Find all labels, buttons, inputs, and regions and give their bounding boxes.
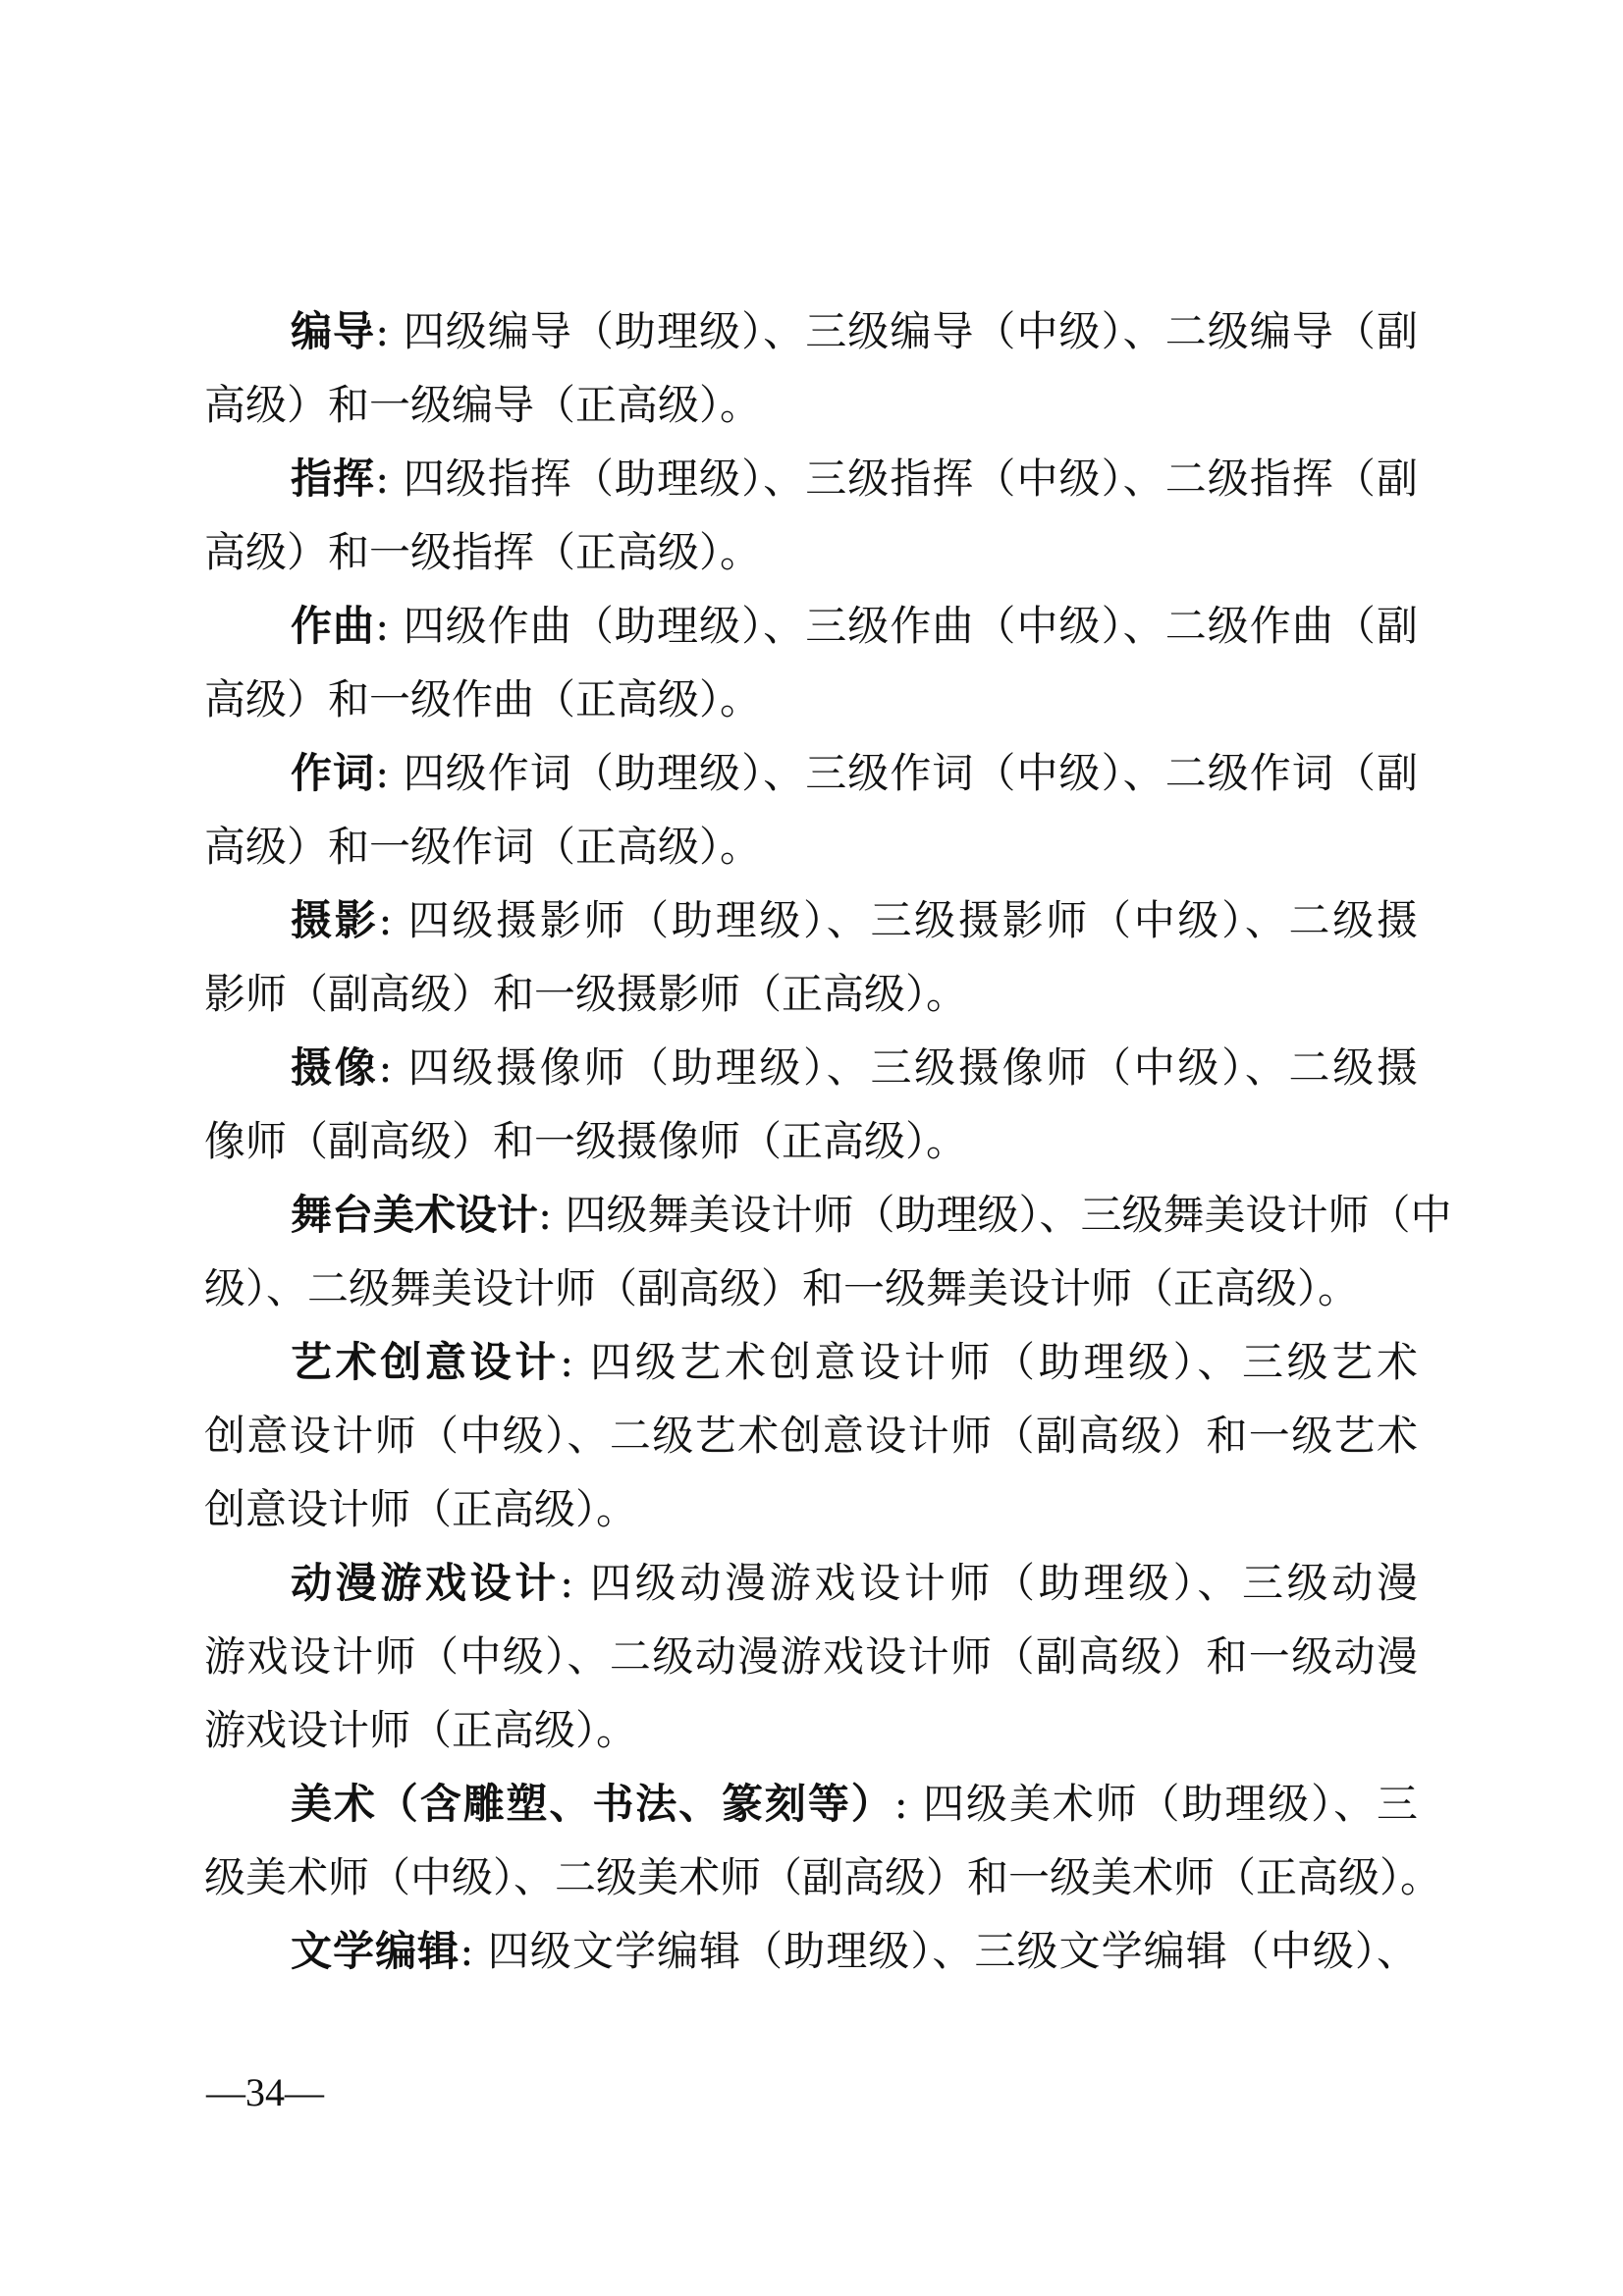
paragraph-text: : 四级摄影师（助理级）、三级摄影师（中级）、二级摄: [378, 896, 1418, 944]
paragraph-text: 高级）和一级指挥（正高级）。: [204, 515, 1418, 589]
paragraph-text: : 四级作词（助理级）、三级作词（中级）、二级作词（副: [375, 749, 1418, 797]
term-label: 编导: [291, 307, 375, 355]
paragraph-lyricist: 作词: 四级作词（助理级）、三级作词（中级）、二级作词（副 高级）和一级作词（正…: [204, 736, 1418, 883]
term-label: 文学编辑: [291, 1927, 460, 1975]
paragraph-text: : 四级指挥（助理级）、三级指挥（中级）、二级指挥（副: [375, 454, 1418, 503]
paragraph-text: : 四级编导（助理级）、三级编导（中级）、二级编导（副: [375, 307, 1418, 355]
document-body: 编导: 四级编导（助理级）、三级编导（中级）、二级编导（副 高级）和一级编导（正…: [204, 294, 1418, 1988]
paragraph-editing-director: 编导: 四级编导（助理级）、三级编导（中级）、二级编导（副 高级）和一级编导（正…: [204, 294, 1418, 442]
term-label: 艺术创意设计: [291, 1338, 560, 1386]
paragraph-text: 高级）和一级作曲（正高级）。: [204, 663, 1418, 736]
term-label: 美术（含雕塑、书法、篆刻等）: [291, 1780, 894, 1828]
paragraph-animation-game-design: 动漫游戏设计: 四级动漫游戏设计师（助理级）、三级动漫 游戏设计师（中级）、二级…: [204, 1546, 1418, 1767]
paragraph-text: : 四级作曲（助理级）、三级作曲（中级）、二级作曲（副: [375, 602, 1418, 650]
paragraph-text: : 四级舞美设计师（助理级）、三级舞美设计师（中: [538, 1191, 1452, 1239]
paragraph-text: 游戏设计师（中级）、二级动漫游戏设计师（副高级）和一级动漫: [204, 1620, 1418, 1693]
term-label: 舞台美术设计: [291, 1191, 538, 1239]
term-label: 摄像: [291, 1043, 378, 1092]
paragraph-composer: 作曲: 四级作曲（助理级）、三级作曲（中级）、二级作曲（副 高级）和一级作曲（正…: [204, 589, 1418, 736]
paragraph-text: : 四级艺术创意设计师（助理级）、三级艺术: [560, 1338, 1418, 1386]
paragraph-videography: 摄像: 四级摄像师（助理级）、三级摄像师（中级）、二级摄 像师（副高级）和一级摄…: [204, 1031, 1418, 1178]
paragraph-text: : 四级摄像师（助理级）、三级摄像师（中级）、二级摄: [378, 1043, 1418, 1092]
paragraph-text: 像师（副高级）和一级摄像师（正高级）。: [204, 1104, 1418, 1178]
paragraph-text: 影师（副高级）和一级摄影师（正高级）。: [204, 957, 1418, 1031]
paragraph-photography: 摄影: 四级摄影师（助理级）、三级摄影师（中级）、二级摄 影师（副高级）和一级摄…: [204, 883, 1418, 1031]
paragraph-fine-arts: 美术（含雕塑、书法、篆刻等）: 四级美术师（助理级）、三 级美术师（中级）、二级…: [204, 1767, 1418, 1914]
term-label: 指挥: [291, 454, 375, 503]
paragraph-conductor: 指挥: 四级指挥（助理级）、三级指挥（中级）、二级指挥（副 高级）和一级指挥（正…: [204, 442, 1418, 589]
paragraph-text: : 四级动漫游戏设计师（助理级）、三级动漫: [560, 1559, 1418, 1607]
paragraph-text: 高级）和一级作词（正高级）。: [204, 810, 1418, 883]
term-label: 摄影: [291, 896, 378, 944]
paragraph-text: 游戏设计师（正高级）。: [204, 1693, 1418, 1767]
paragraph-text: 创意设计师（中级）、二级艺术创意设计师（副高级）和一级艺术: [204, 1399, 1418, 1472]
paragraph-text: : 四级美术师（助理级）、三: [894, 1780, 1418, 1828]
paragraph-text: 级美术师（中级）、二级美术师（副高级）和一级美术师（正高级）。: [204, 1841, 1418, 1914]
term-label: 作词: [291, 749, 375, 797]
term-label: 作曲: [291, 602, 375, 650]
paragraph-stage-art-design: 舞台美术设计: 四级舞美设计师（助理级）、三级舞美设计师（中 级）、二级舞美设计…: [204, 1178, 1418, 1325]
paragraph-text: 创意设计师（正高级）。: [204, 1472, 1418, 1546]
paragraph-literary-editor: 文学编辑: 四级文学编辑（助理级）、三级文学编辑（中级）、: [204, 1914, 1418, 1988]
paragraph-art-creative-design: 艺术创意设计: 四级艺术创意设计师（助理级）、三级艺术 创意设计师（中级）、二级…: [204, 1325, 1418, 1546]
paragraph-text: 级）、二级舞美设计师（副高级）和一级舞美设计师（正高级）。: [204, 1252, 1418, 1325]
paragraph-text: 高级）和一级编导（正高级）。: [204, 368, 1418, 442]
term-label: 动漫游戏设计: [291, 1559, 560, 1607]
paragraph-text: : 四级文学编辑（助理级）、三级文学编辑（中级）、: [460, 1927, 1418, 1975]
page-number: —34—: [206, 2069, 324, 2115]
